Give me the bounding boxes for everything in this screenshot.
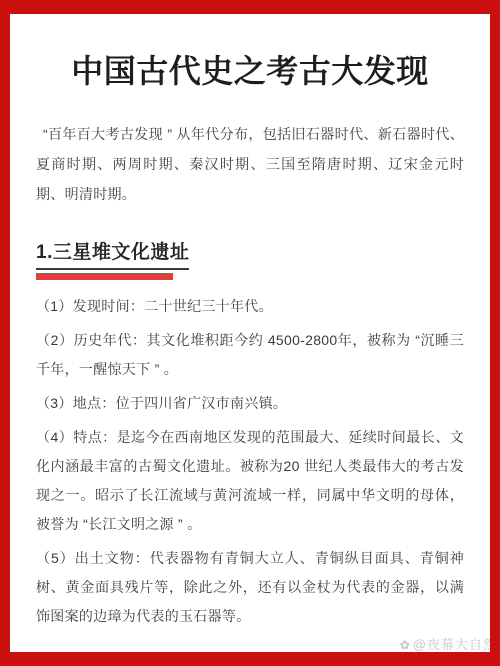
watermark-text: @夜幕大自然 xyxy=(413,637,497,652)
section-items: （1）发现时间：二十世纪三十年代。 （2）历史年代：其文化堆积距今约 4500-… xyxy=(36,292,464,631)
watermark: ✿@夜幕大自然 xyxy=(400,634,497,653)
list-item-historical-era: （2）历史年代：其文化堆积距今约 4500-2800年，被称为 “沉睡三千年，一… xyxy=(36,326,464,384)
intro-paragraph: “百年百大考古发现 ” 从年代分布，包括旧石器时代、新石器时代、夏商时期、两周时… xyxy=(36,119,464,209)
section-heading-block: 1.三星堆文化遗址 xyxy=(36,237,464,280)
section-heading: 1.三星堆文化遗址 xyxy=(36,237,189,270)
list-item-artifacts: （5）出土文物：代表器物有青铜大立人、青铜纵目面具、青铜神树、黄金面具残片等，除… xyxy=(36,544,464,631)
list-item-location: （3）地点：位于四川省广汉市南兴镇。 xyxy=(36,389,464,418)
list-item-discovery-time: （1）发现时间：二十世纪三十年代。 xyxy=(36,292,464,321)
list-item-features: （4）特点：是迄今在西南地区发现的范围最大、延续时间最长、文化内涵最丰富的古蜀文… xyxy=(36,423,464,539)
page-title: 中国古代史之考古大发现 xyxy=(36,46,464,92)
red-highlight-bar xyxy=(36,273,173,280)
poster-page: 中国古代史之考古大发现 “百年百大考古发现 ” 从年代分布，包括旧石器时代、新石… xyxy=(0,0,500,666)
flower-logo-icon: ✿ xyxy=(400,638,411,652)
